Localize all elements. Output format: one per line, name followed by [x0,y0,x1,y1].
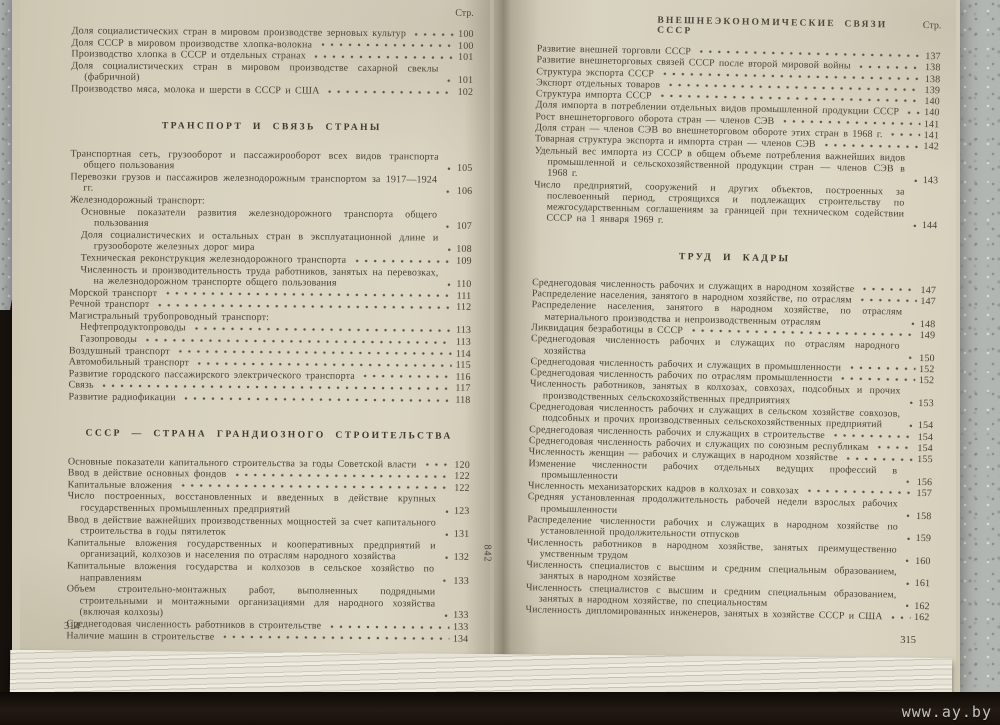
dot-leader [182,393,452,405]
toc-entry-page: 107 [456,221,472,233]
right-page: ВНЕШНЕЭКОНОМИЧЕСКИЕ СВЯЗИ СССР Стр. Разв… [494,0,956,698]
dot-leader [847,363,915,374]
dot-leader [442,553,450,563]
toc-entry-title: Газопроводы [69,333,137,345]
toc-entry-page: 123 [454,506,470,518]
dot-leader [441,611,449,621]
dot-leader [442,506,450,516]
toc-entry-page: 154 [918,432,934,444]
page-column-label: Стр. [923,20,942,31]
toc-entry-page: 100 [458,29,474,41]
toc-entry: Доля социалистических и остальных стран … [70,229,472,256]
watermark: www.ay.by [902,703,992,721]
toc-entry-page: 159 [915,533,931,545]
toc-entry-page: 147 [920,296,936,308]
toc-entry-page: 133 [453,575,469,587]
toc-entry-page: 112 [456,302,471,314]
dot-leader [312,51,454,62]
dot-leader [903,578,911,588]
toc-entry-title: Численность и производительность труда р… [69,264,438,290]
dot-leader [444,245,452,255]
dot-leader [903,511,912,521]
right-toc: Развитие внешней торговли СССР137Развити… [525,43,940,624]
toc-entry-page: 111 [457,290,472,302]
toc-entry-page: 141 [924,119,940,131]
toc-entry-page: 156 [917,477,933,489]
left-page: Стр. Доля социалистических стран в миров… [20,0,490,698]
toc-entry-page: 116 [456,372,471,384]
toc-entry-title: Доля социалистических стран в мировом пр… [71,60,438,86]
toc-entry-page: 149 [920,330,936,342]
toc-entry-page: 132 [454,552,470,564]
section-heading: СССР — СТРАНА ГРАНДИОЗНОГО СТРОИТЕЛЬСТВА [68,427,470,442]
dot-leader [361,371,452,382]
dot-leader [412,29,454,39]
toc-entry-page: 138 [925,74,941,86]
toc-entry: Капитальные вложения государства и колхо… [67,560,469,587]
dot-leader [903,477,913,487]
dot-leader [888,130,919,141]
toc-entry-page: 150 [919,353,935,365]
toc-entry-page: 154 [918,420,934,432]
toc-section: Развитие внешней торговли СССР137Развити… [533,43,941,232]
dot-leader [902,556,911,566]
dot-leader [838,374,915,386]
toc-entry-title: Речной транспорт [69,299,149,311]
toc-section: Доля социалистических стран в мировом пр… [71,25,474,98]
toc-entry-page: 114 [456,348,471,360]
toc-entry-page: 160 [915,556,931,568]
dot-leader [445,163,453,173]
dot-leader [443,187,453,197]
toc-entry-page: 143 [923,175,939,187]
toc-entry-page: 110 [456,279,471,291]
toc-entry: Основные показатели развития железнодоро… [70,206,472,233]
toc-entry-page: 140 [924,108,940,120]
right-page-headline: ВНЕШНЕЭКОНОМИЧЕСКИЕ СВЯЗИ СССР Стр. [537,12,941,41]
dot-leader [905,353,915,363]
toc-entry-page: 122 [454,471,470,483]
toc-entry-page: 108 [456,244,472,256]
toc-entry-page: 118 [455,395,470,407]
toc-entry-title: Производство мяса, молока и шерсти в ССС… [71,83,319,97]
dot-leader [220,632,449,644]
toc-entry-title: Автомобильный транспорт [69,357,189,370]
toc-entry-title: Транспортная сеть, грузооборот и пассажи… [70,148,438,174]
dot-leader [906,420,914,430]
dot-leader [875,442,914,453]
toc-entry: Перевозки грузов и пассажиров железнодор… [70,171,472,198]
toc-entry-page: 106 [457,186,473,198]
dot-leader [318,40,454,51]
toc-entry-page: 113 [456,337,471,349]
toc-entry: Число предприятий, сооружений и других о… [533,179,938,232]
toc-entry-page: 101 [458,75,474,87]
toc-entry-title: Доля социалистических и остальных стран … [70,229,439,255]
toc-entry-page: 140 [924,96,940,108]
toc-entry: Капитальные вложения государственных и к… [67,537,469,564]
dot-leader [844,453,914,464]
dot-leader [905,107,920,117]
running-head: ВНЕШНЕЭКОНОМИЧЕСКИЕ СВЯЗИ СССР [657,16,923,41]
toc-entry-title: Перевозки грузов и пассажиров железнодор… [70,171,437,197]
toc-entry-title: Число предприятий, сооружений и других о… [533,179,904,232]
dot-leader [444,279,452,289]
toc-entry-page: 122 [454,483,470,495]
toc-entry-page: 157 [916,488,932,500]
desk-surface [0,692,1000,725]
toc-entry-page: 153 [918,398,934,410]
toc-entry-page: 155 [917,454,933,466]
toc-section: Транспортная сеть, грузооборот и пассажи… [68,148,472,407]
dot-leader [888,612,910,622]
toc-entry-page: 134 [453,633,469,645]
dot-leader [443,221,453,231]
toc-entry-page: 117 [455,383,470,395]
toc-entry-page: 109 [456,256,472,268]
toc-entry-title: Развитие радиофикации [68,391,175,404]
gutter-stamp: 842 [482,545,493,563]
toc-entry-page: 141 [924,130,940,142]
dot-leader [327,621,449,632]
dot-leader [908,319,916,329]
toc-section: Среднегодовая численность рабочих и служ… [525,277,936,624]
toc-entry: Наличие машин в строительстве134 [66,630,468,645]
dot-leader [325,86,453,97]
toc-entry-page: 100 [458,40,474,52]
toc-entry-title: Число построенных, восстановленных и вве… [67,491,436,517]
folio-right: 315 [900,635,916,646]
dot-leader [822,140,920,152]
dot-leader [423,460,451,470]
toc-entry-page: 142 [923,141,939,153]
toc-entry-page: 152 [919,364,935,376]
left-toc: Доля социалистических стран в мировом пр… [66,25,473,645]
toc-entry: Доля социалистических стран в мировом пр… [71,60,473,87]
toc-entry-page: 113 [456,325,471,337]
section-heading: ТРАНСПОРТ И СВЯЗЬ СТРАНЫ [71,119,473,134]
toc-entry-title: Воздушный транспорт [69,345,170,357]
dot-leader [910,221,918,231]
left-page-headline: Стр. [72,4,474,19]
toc-entry-page: 139 [924,85,940,97]
open-book: Стр. Доля социалистических стран в миров… [12,0,960,698]
dot-leader [902,601,910,611]
dot-leader [232,470,450,482]
page-column-label: Стр. [455,8,474,19]
toc-entry-page: 115 [456,360,471,372]
toc-entry-page: 138 [925,62,941,74]
toc-entry-page: 154 [917,443,933,455]
toc-entry-page: 133 [453,610,469,622]
toc-entry-page: 162 [914,612,930,624]
dot-leader [860,284,916,295]
toc-entry-title: Нефтепродуктопроводы [69,322,186,335]
toc-entry: Развитие радиофикации118 [68,391,470,406]
dot-leader [444,76,453,86]
toc-entry: Ввод в действие важнейших производственн… [67,514,469,541]
toc-entry-title: Объем строительно-монтажных работ, выпол… [67,584,436,622]
toc-entry-title: Связь [69,380,94,392]
floor-texture-right [956,0,1000,692]
toc-entry-title: Капитальные вложения [68,479,173,492]
toc-entry-page: 101 [458,52,474,64]
toc-entry-title: Наличие машин в строительстве [66,630,214,643]
dot-leader [911,175,919,185]
toc-entry: Транспортная сеть, грузооборот и пассажи… [70,148,472,175]
toc-entry-page: 133 [453,622,469,634]
dot-leader [352,255,452,266]
dot-leader [442,529,450,539]
toc-entry-page: 144 [922,220,938,232]
toc-entry-page: 161 [915,578,931,590]
toc-entry: Число построенных, восстановленных и вве… [67,491,469,518]
toc-entry-page: 147 [920,285,936,297]
toc-entry-page: 137 [925,51,941,63]
dot-leader [831,430,914,442]
toc-entry-page: 148 [920,319,936,331]
toc-entry-title: Капитальные вложения государства и колхо… [67,560,434,586]
dot-leader [858,295,917,306]
toc-entry-title: Морской транспорт [69,287,157,299]
toc-entry-page: 105 [457,163,473,175]
toc-entry: Численность и производительность труда р… [69,264,471,291]
toc-entry-page: 120 [454,459,470,471]
toc-section: Основные показатели капитального строите… [66,456,470,645]
toc-entry-title: Ввод в действие важнейших производственн… [67,514,436,540]
toc-entry-title: Основные показатели развития железнодоро… [70,206,437,232]
toc-entry-page: 102 [458,87,474,99]
dot-leader [904,533,912,543]
toc-entry-page: 158 [916,511,932,523]
toc-entry-page: 131 [454,529,470,541]
toc-entry-title: Капитальные вложения государственных и к… [67,537,436,563]
toc-entry-page: 162 [914,601,930,613]
dot-leader [857,61,922,72]
dot-leader [906,398,914,408]
toc-entry-page: 152 [919,375,935,387]
toc-entry: Объем строительно-монтажных работ, выпол… [67,584,469,622]
dot-leader [440,576,449,586]
folio-left: 314 [64,621,80,632]
section-heading: ТРУД И КАДРЫ [533,248,937,267]
